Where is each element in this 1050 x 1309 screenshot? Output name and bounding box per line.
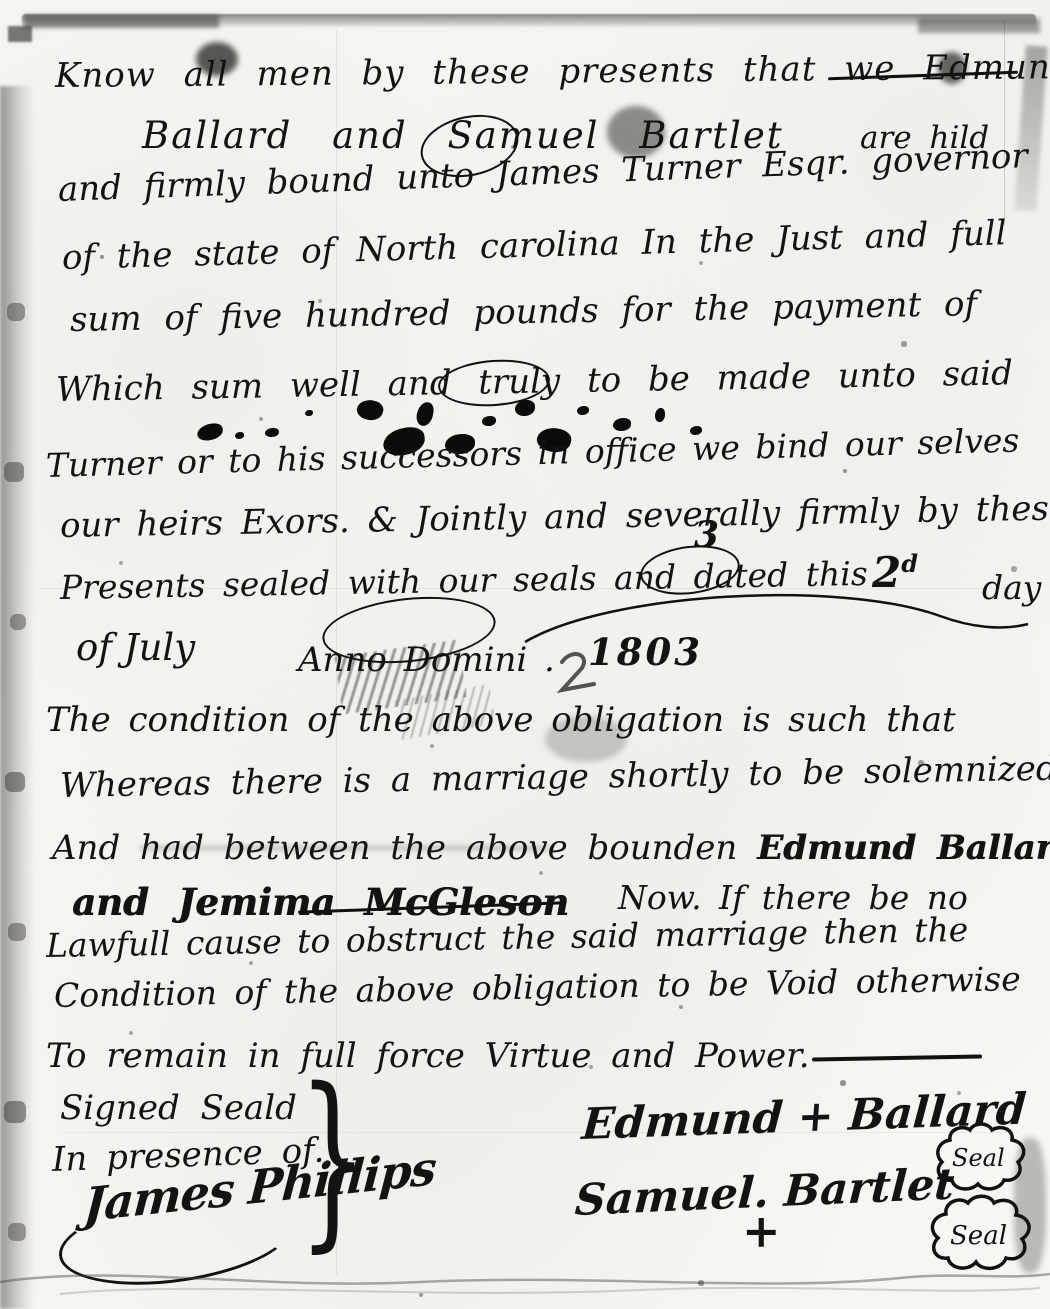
body-line-16: Condition of the above obligation to be … <box>54 959 1021 1015</box>
seal-word: Seal <box>950 1221 1007 1251</box>
body-line-5: sum of five hundred pounds for the payme… <box>70 284 978 340</box>
ink-blot <box>265 428 279 437</box>
day-ordinal-suffix: d <box>901 549 918 578</box>
scan-edge-left-knots <box>8 0 12 4</box>
body-line-13: And had between the above bounden Edmund… <box>52 828 1050 868</box>
bottom-crease-wave <box>0 1250 1050 1308</box>
seal-scribble-1: Seal <box>928 1120 1032 1198</box>
document-page: Know all men by these presents that we E… <box>0 0 1050 1309</box>
ink-blot <box>613 418 631 431</box>
body-line-17: To remain in full force Virtue and Power… <box>46 1036 810 1076</box>
ink-blot <box>655 408 665 422</box>
flourish-arc <box>520 586 1035 650</box>
scan-corner-notch <box>8 26 32 42</box>
ink-blot <box>305 410 313 416</box>
body-line-8: our heirs Exors. & Jointly and severally… <box>60 488 1050 546</box>
ink-blot <box>577 406 589 415</box>
paper-specks <box>0 0 2 2</box>
body-line-11: The condition of the above obligation is… <box>46 700 956 740</box>
body-line-4: of the state of North carolina In the Ju… <box>61 213 1007 278</box>
line-13-text: And had between the above bounden <box>52 828 737 868</box>
seal-word: Seal <box>952 1144 1005 1172</box>
ink-blot <box>196 422 224 442</box>
scan-edge-top-right-dark <box>918 18 1040 33</box>
ink-blot <box>482 416 496 426</box>
scan-edge-top-left-dark <box>24 15 219 28</box>
grouping-brace: } <box>298 1064 368 1254</box>
trailing-dash <box>812 1055 982 1062</box>
scan-edge-left <box>0 86 34 1309</box>
body-line-1: Know all men by these presents that we E… <box>55 47 1050 96</box>
ink-blot <box>415 401 435 427</box>
ink-blot <box>235 432 244 439</box>
body-line-12: Whereas there is a marriage shortly to b… <box>60 749 1050 806</box>
bondsman-name-overwritten: Edmund Ballard <box>757 828 1050 868</box>
signed-sealed-label: Signed Seald <box>60 1088 297 1128</box>
month-line: of July <box>76 626 195 669</box>
